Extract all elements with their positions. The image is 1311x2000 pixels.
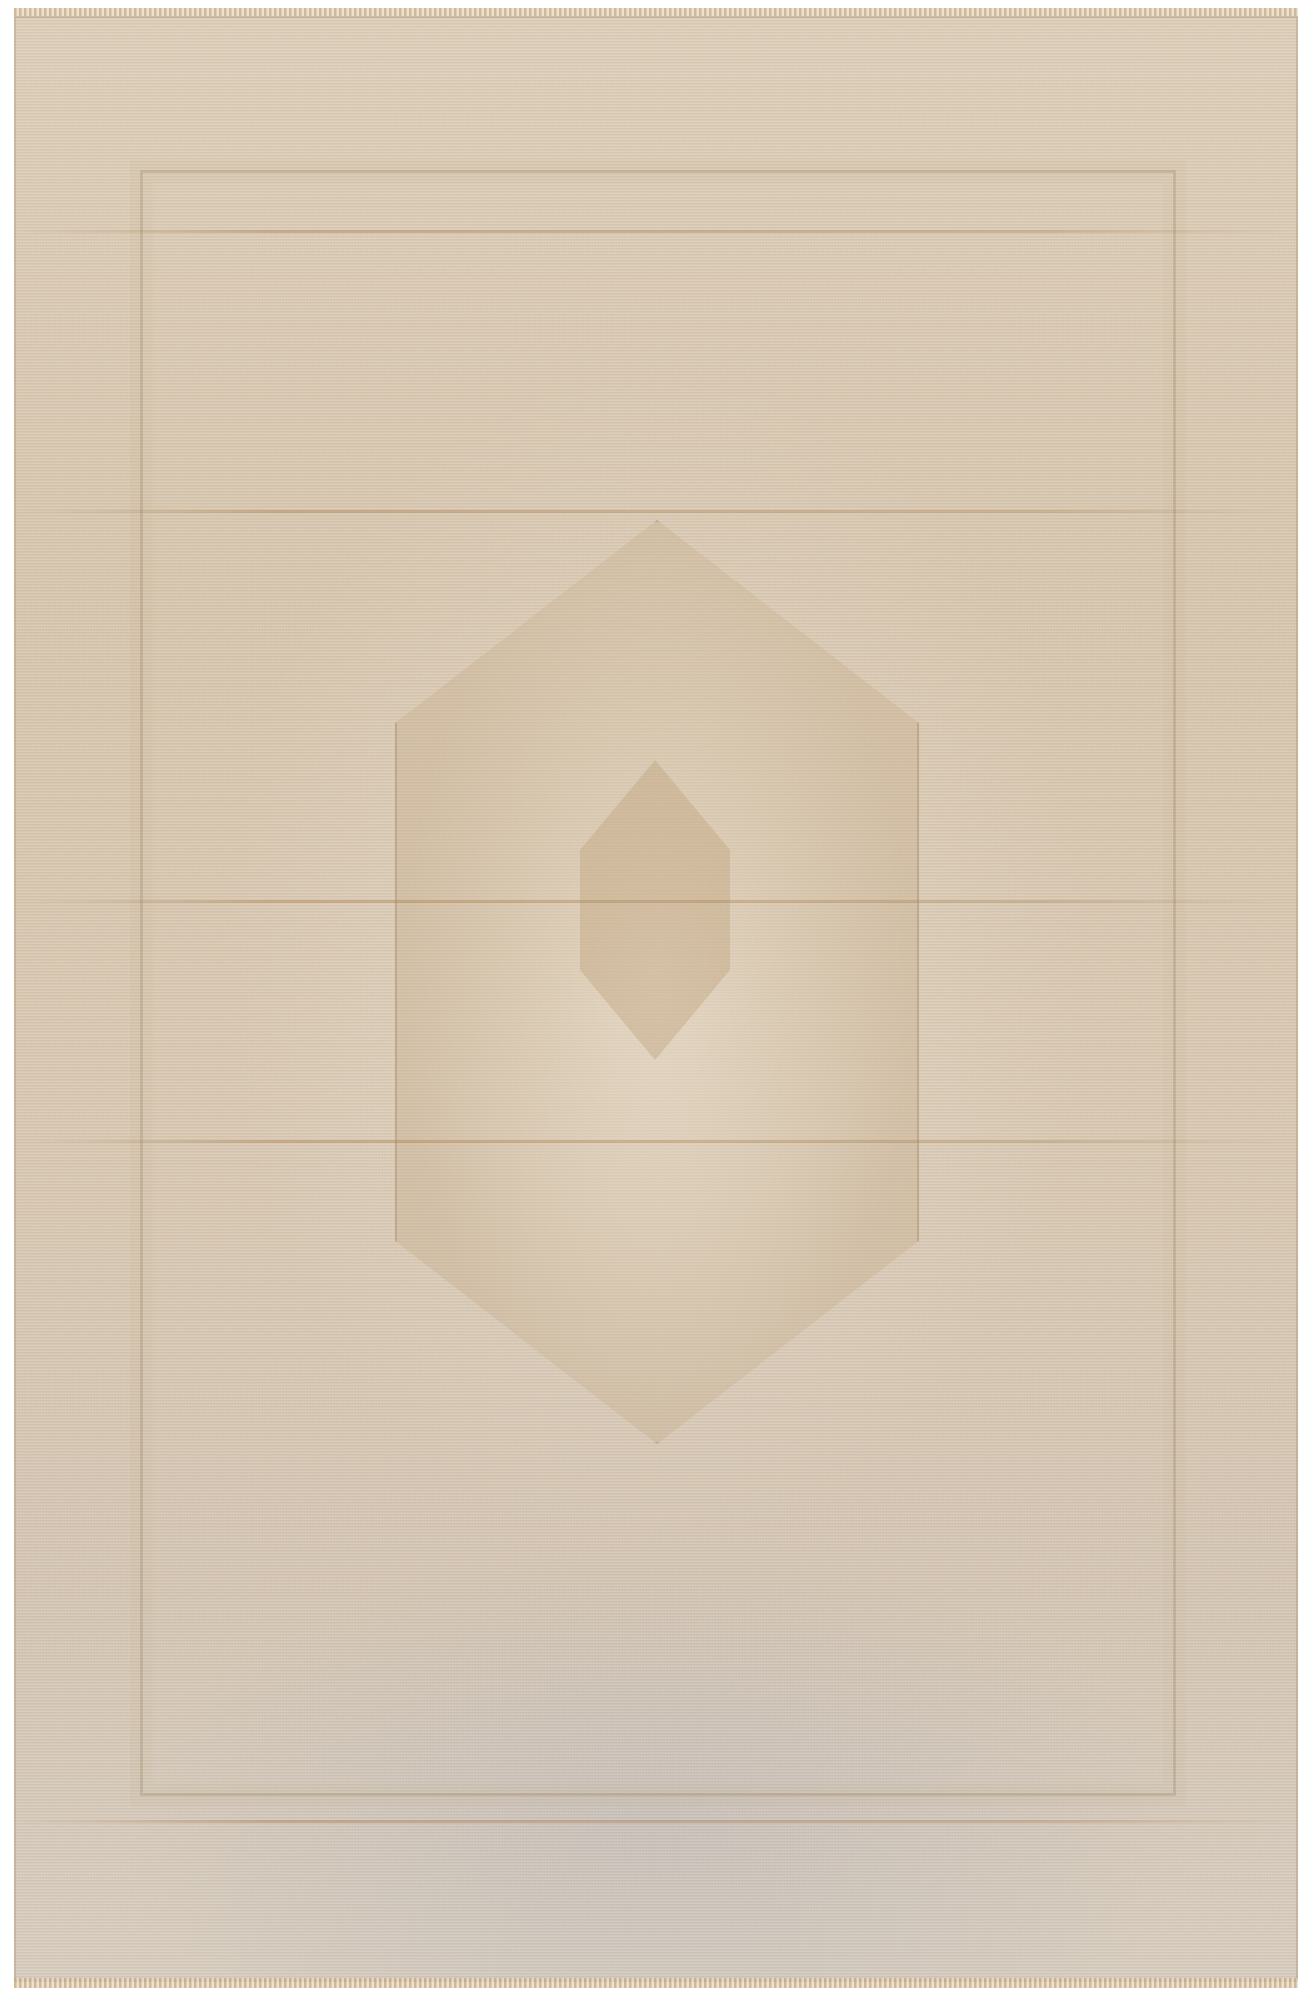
abrash-line [14,1140,1298,1143]
bottom-fringe [14,1978,1298,1988]
abrash-line [14,230,1298,233]
abrash-line [14,900,1298,903]
abrash-line [14,510,1298,513]
abrash-line [14,1820,1298,1823]
